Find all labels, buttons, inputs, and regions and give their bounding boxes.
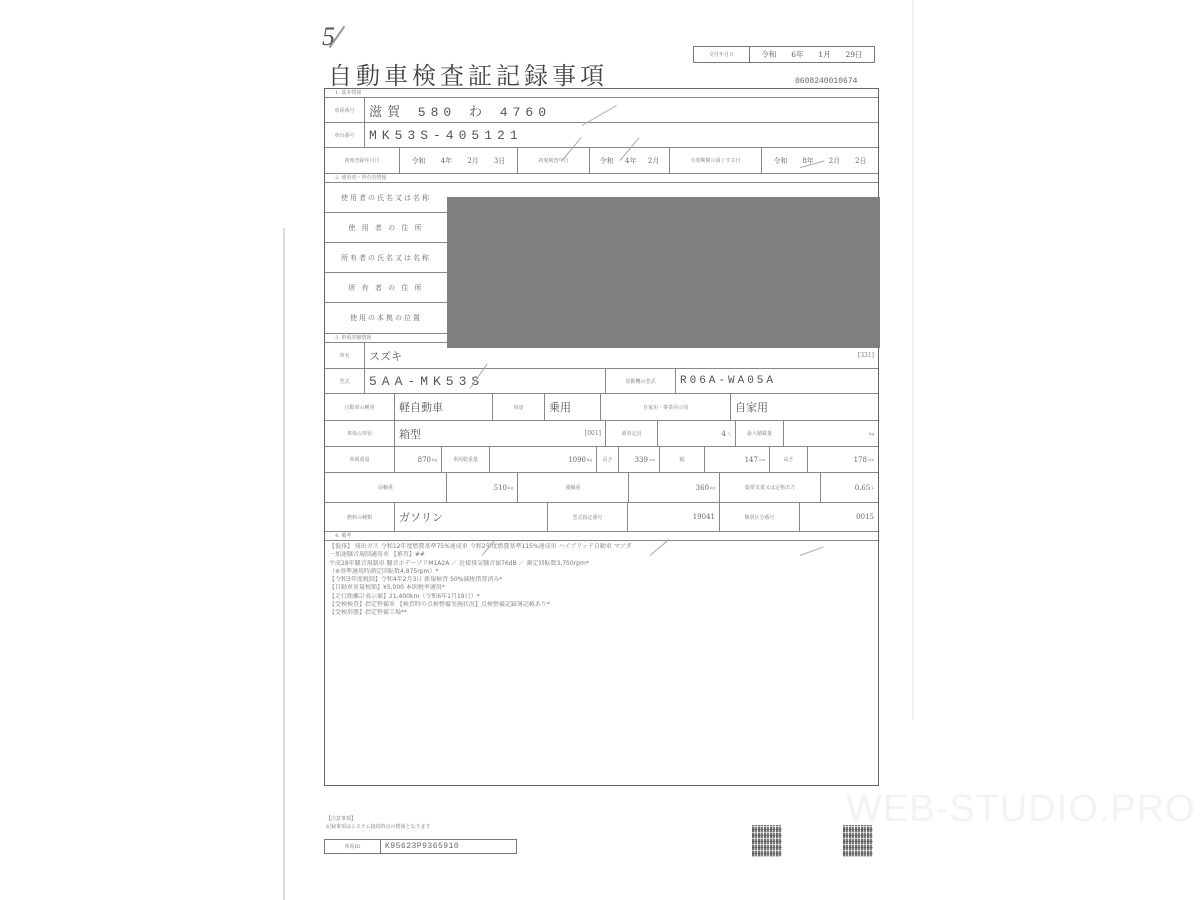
notes-header: 【注意事項】 xyxy=(326,815,431,823)
watermark: WEB-STUDIO.PRO xyxy=(846,788,1196,831)
width-label: 幅 xyxy=(660,447,705,472)
number: 147 xyxy=(745,456,758,464)
issue-date-label: 交付年月日 xyxy=(694,47,750,62)
remark-line: 【令和3年度税制】令和4年2月3日 新規検査 50%減税措置済み* xyxy=(329,576,874,584)
user-name-label: 使用者の氏名又は名称 xyxy=(325,183,447,212)
registration-label: 車両番号 xyxy=(325,98,365,122)
vehicle-type-value: 軽自動車 xyxy=(395,394,493,420)
user-address-label: 使 用 者 の 住 所 xyxy=(325,213,447,242)
gross-weight-label: 車両総重量 xyxy=(442,447,490,472)
fuel-value: ガソリン xyxy=(395,503,548,531)
type-row: 自動車の種別 軽自動車 用途 乗用 自家用・事業用の別 自家用 xyxy=(325,394,878,421)
section-header-basic: 1. 基本情報 xyxy=(325,89,878,98)
width-value: 147cm xyxy=(705,447,770,472)
month: 2月 xyxy=(648,156,659,166)
redaction-block xyxy=(447,197,880,348)
remark-line: 一加速騒音規制適用車 【審査】## xyxy=(329,551,874,559)
expiry-label: 有効期間の満了する日 xyxy=(670,148,762,173)
first-inspection-label: 初度検査年月 xyxy=(518,148,590,173)
unit: cm xyxy=(649,457,655,462)
month: 2月 xyxy=(467,156,478,166)
unit: cm xyxy=(868,457,874,462)
rear-axle-label: 後軸重 xyxy=(518,473,629,502)
document-number: 0608240010674 xyxy=(795,77,857,86)
private-business-value: 自家用 xyxy=(731,394,878,420)
registration-value: 滋賀 580 わ 4760 xyxy=(365,98,878,122)
category-number-value: 0015 xyxy=(800,503,878,531)
use-value: 乗用 xyxy=(545,394,601,420)
scan-edge xyxy=(912,0,914,720)
issue-date-box: 交付年月日 令和 6年 1月 29日 xyxy=(693,46,875,63)
weight-label: 車両重量 xyxy=(325,447,395,472)
maker-label: 車名 xyxy=(325,343,365,368)
engine-model-value: R06A-WA05A xyxy=(676,369,878,393)
owner-address-label: 所 有 者 の 住 所 xyxy=(325,273,447,302)
unit: L xyxy=(871,485,874,490)
issue-date-value: 令和 6年 1月 29日 xyxy=(750,47,874,62)
day: 3日 xyxy=(494,156,505,166)
number: 360 xyxy=(696,484,709,492)
number: 510 xyxy=(494,484,507,492)
height-value: 178cm xyxy=(808,447,878,472)
body-row: 車体の形状 箱型 [001] 乗車定員 4人 最大積載量 kg xyxy=(325,421,878,447)
month: 2月 xyxy=(829,156,840,166)
remark-line: 平成28年騒音規制車 騒音ホデーゾリM1A2A ／ 近接排気騒音値76dB ／ … xyxy=(329,560,874,568)
maker-value: スズキ xyxy=(369,348,402,364)
number: 4 xyxy=(722,430,726,438)
category-number-label: 類別区分番号 xyxy=(720,503,800,531)
displacement-value: 0.65L xyxy=(821,473,878,502)
vehicle-id-label: 車両ID xyxy=(325,840,381,853)
private-business-label: 自家用・事業用の別 xyxy=(601,394,731,420)
unit: kg xyxy=(432,457,437,462)
document-title: 自動車検査証記録事項 xyxy=(328,56,608,91)
owner-name-label: 所有者の氏名又は名称 xyxy=(325,243,447,272)
model-row: 型式 5AA-MK53S 原動機の型式 R06A-WA05A xyxy=(325,369,878,394)
remark-line: 【自動車重量税額】¥5,000 本則税率適用* xyxy=(329,584,874,592)
year: 4年 xyxy=(625,156,636,166)
max-load-value: kg xyxy=(784,421,878,446)
length-label: 長さ xyxy=(597,447,619,472)
model-label: 型式 xyxy=(325,369,365,393)
era: 令和 xyxy=(412,156,426,166)
rear-axle-value: 360kg xyxy=(629,473,720,502)
day: 29日 xyxy=(846,49,863,60)
registration-row: 車両番号 滋賀 580 わ 4760 xyxy=(325,98,878,123)
record-form: 1. 基本情報 車両番号 滋賀 580 わ 4760 車台番号 MK53S-40… xyxy=(324,88,879,786)
remark-line: 【低排】 排出ガス 令和12年度燃費基準75%達成車 令和2年度燃費基準115%… xyxy=(329,543,874,551)
chassis-row: 車台番号 MK53S-405121 xyxy=(325,123,878,148)
model-value: 5AA-MK53S xyxy=(365,369,606,393)
vehicle-id-value: K95623P9365910 xyxy=(381,840,516,853)
era: 令和 xyxy=(761,49,776,60)
dates-row: 初度登録年月日 令和 4年 2月 3日 初度検査年月 令和 4年 2月 有効期間… xyxy=(325,148,878,174)
weight-value: 870kg xyxy=(395,447,442,472)
unit: kg xyxy=(508,485,513,490)
body-shape-label: 車体の形状 xyxy=(325,421,395,446)
gross-weight-value: 1090kg xyxy=(490,447,597,472)
unit: cm xyxy=(759,457,765,462)
remarks-body: 【低排】 排出ガス 令和12年度燃費基準75%達成車 令和2年度燃費基準115%… xyxy=(325,541,878,785)
section-header-remarks: 4. 備考 xyxy=(325,532,878,541)
first-registration-label: 初度登録年月日 xyxy=(325,148,400,173)
qr-code-icon xyxy=(752,825,782,857)
fuel-row: 燃料の種類 ガソリン 型式指定番号 19041 類別区分番号 0015 xyxy=(325,503,878,532)
notes: 【注意事項】 記録事項はシステム接続時点の情報となります xyxy=(326,815,431,831)
vehicle-type-label: 自動車の種別 xyxy=(325,394,395,420)
vehicle-id-box: 車両ID K95623P9365910 xyxy=(324,839,517,854)
height-label: 高さ xyxy=(770,447,808,472)
number: 1090 xyxy=(568,456,586,464)
year: 6年 xyxy=(791,49,803,60)
first-registration-value: 令和 4年 2月 3日 xyxy=(400,148,518,173)
remark-line: 【受検検査】指定整備車 【検査時の点検整備実施状況】点検整備記録簿記載あり* xyxy=(329,601,874,609)
unit: kg xyxy=(587,457,592,462)
number: 0.65 xyxy=(855,484,871,492)
axle-row: 前軸重 510kg 後軸重 360kg 総排気量又は定格出力 0.65L xyxy=(325,473,878,503)
maker-code: [331] xyxy=(858,352,878,359)
type-designation-value: 19041 xyxy=(628,503,720,531)
unit: 人 xyxy=(727,431,731,437)
remark-line: （※基準適用時測定回転数4,875rpm）* xyxy=(329,568,874,576)
dimension-row: 車両重量 870kg 車両総重量 1090kg 長さ 339cm 幅 147cm… xyxy=(325,447,878,473)
capacity-label: 乗車定員 xyxy=(606,421,658,446)
use-label: 用途 xyxy=(493,394,545,420)
number: 339 xyxy=(635,456,648,464)
body-shape-code: [001] xyxy=(585,430,605,437)
body-shape-cell: 箱型 [001] xyxy=(395,421,606,446)
displacement-label: 総排気量又は定格出力 xyxy=(720,473,821,502)
notes-text: 記録事項はシステム接続時点の情報となります xyxy=(326,823,431,831)
number: 178 xyxy=(854,456,867,464)
length-value: 339cm xyxy=(619,447,660,472)
type-designation-label: 型式指定番号 xyxy=(548,503,628,531)
capacity-value: 4人 xyxy=(658,421,736,446)
max-load-label: 最大積載量 xyxy=(736,421,784,446)
first-inspection-value: 令和 4年 2月 xyxy=(590,148,670,173)
section-header-owner: 2. 使用者・所有者情報 xyxy=(325,174,878,183)
chassis-label: 車台番号 xyxy=(325,123,365,147)
base-location-label: 使用の本拠の位置 xyxy=(325,303,447,333)
month: 1月 xyxy=(818,49,830,60)
scan-edge xyxy=(283,228,285,900)
body-shape-value: 箱型 xyxy=(399,426,421,442)
unit: kg xyxy=(869,431,874,436)
front-axle-label: 前軸重 xyxy=(325,473,447,502)
day: 2日 xyxy=(855,156,866,166)
remark-line: 【受検形態】指定整備工場** xyxy=(329,609,874,617)
engine-model-label: 原動機の型式 xyxy=(606,369,676,393)
fuel-label: 燃料の種類 xyxy=(325,503,395,531)
era: 令和 xyxy=(773,156,787,166)
era: 令和 xyxy=(600,156,614,166)
chassis-value: MK53S-405121 xyxy=(365,123,878,147)
front-axle-value: 510kg xyxy=(447,473,518,502)
unit: kg xyxy=(710,485,715,490)
number: 870 xyxy=(418,456,431,464)
year: 4年 xyxy=(441,156,452,166)
remark-line: 【走行距離計表示値】21,400km（令和6年1月19日）* xyxy=(329,593,874,601)
